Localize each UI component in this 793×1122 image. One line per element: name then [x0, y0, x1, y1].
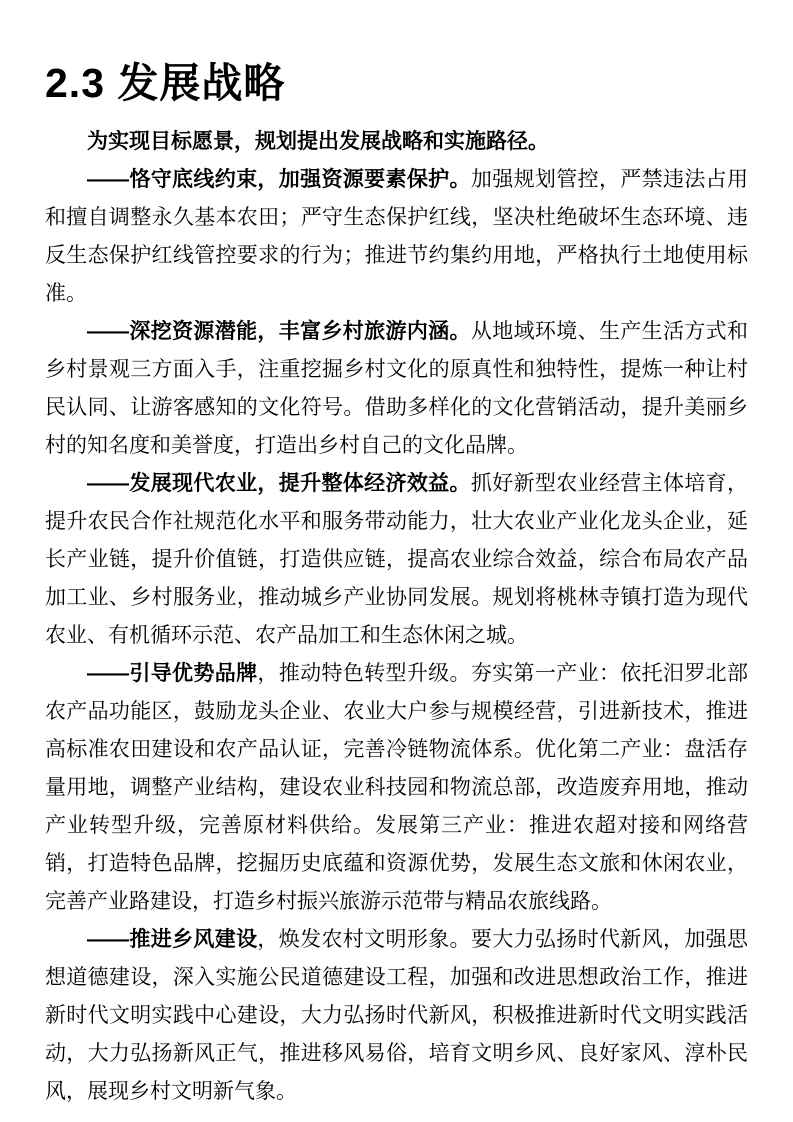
- paragraph-lead: ——恪守底线约束，加强资源要素保护。: [87, 168, 471, 191]
- section-heading: 2.3 发展战略: [45, 0, 748, 107]
- paragraph-lead: ——推进乡风建设: [87, 928, 257, 951]
- document-page: 2.3 发展战略 为实现目标愿景，规划提出发展战略和实施路径。 ——恪守底线约束…: [0, 0, 793, 1122]
- body-paragraph: ——推进乡风建设，焕发农村文明形象。要大力弘扬时代新风，加强思想道德建设，深入实…: [45, 921, 748, 1111]
- document-body: 为实现目标愿景，规划提出发展战略和实施路径。 ——恪守底线约束，加强资源要素保护…: [45, 123, 748, 1111]
- paragraph-lead: ——深挖资源潜能，丰富乡村旅游内涵。: [87, 320, 471, 343]
- body-paragraph: ——引导优势品牌，推动特色转型升级。夯实第一产业：依托汨罗北部农产品功能区，鼓励…: [45, 655, 748, 921]
- paragraph-text: ，焕发农村文明形象。要大力弘扬时代新风，加强思想道德建设，深入实施公民道德建设工…: [45, 928, 748, 1103]
- paragraph-lead: ——发展现代农业，提升整体经济效益。: [87, 472, 471, 495]
- body-paragraph: ——深挖资源潜能，丰富乡村旅游内涵。从地域环境、生产生活方式和乡村景观三方面入手…: [45, 313, 748, 465]
- intro-paragraph: 为实现目标愿景，规划提出发展战略和实施路径。: [45, 123, 748, 161]
- body-paragraph: ——发展现代农业，提升整体经济效益。抓好新型农业经营主体培育，提升农民合作社规范…: [45, 465, 748, 655]
- paragraph-text: ，推动特色转型升级。夯实第一产业：依托汨罗北部农产品功能区，鼓励龙头企业、农业大…: [45, 662, 748, 913]
- paragraph-lead: ——引导优势品牌: [87, 662, 257, 685]
- paragraph-text: 抓好新型农业经营主体培育，提升农民合作社规范化水平和服务带动能力，壮大农业产业化…: [45, 472, 748, 647]
- body-paragraph: ——恪守底线约束，加强资源要素保护。加强规划管控，严禁违法占用和擅自调整永久基本…: [45, 161, 748, 313]
